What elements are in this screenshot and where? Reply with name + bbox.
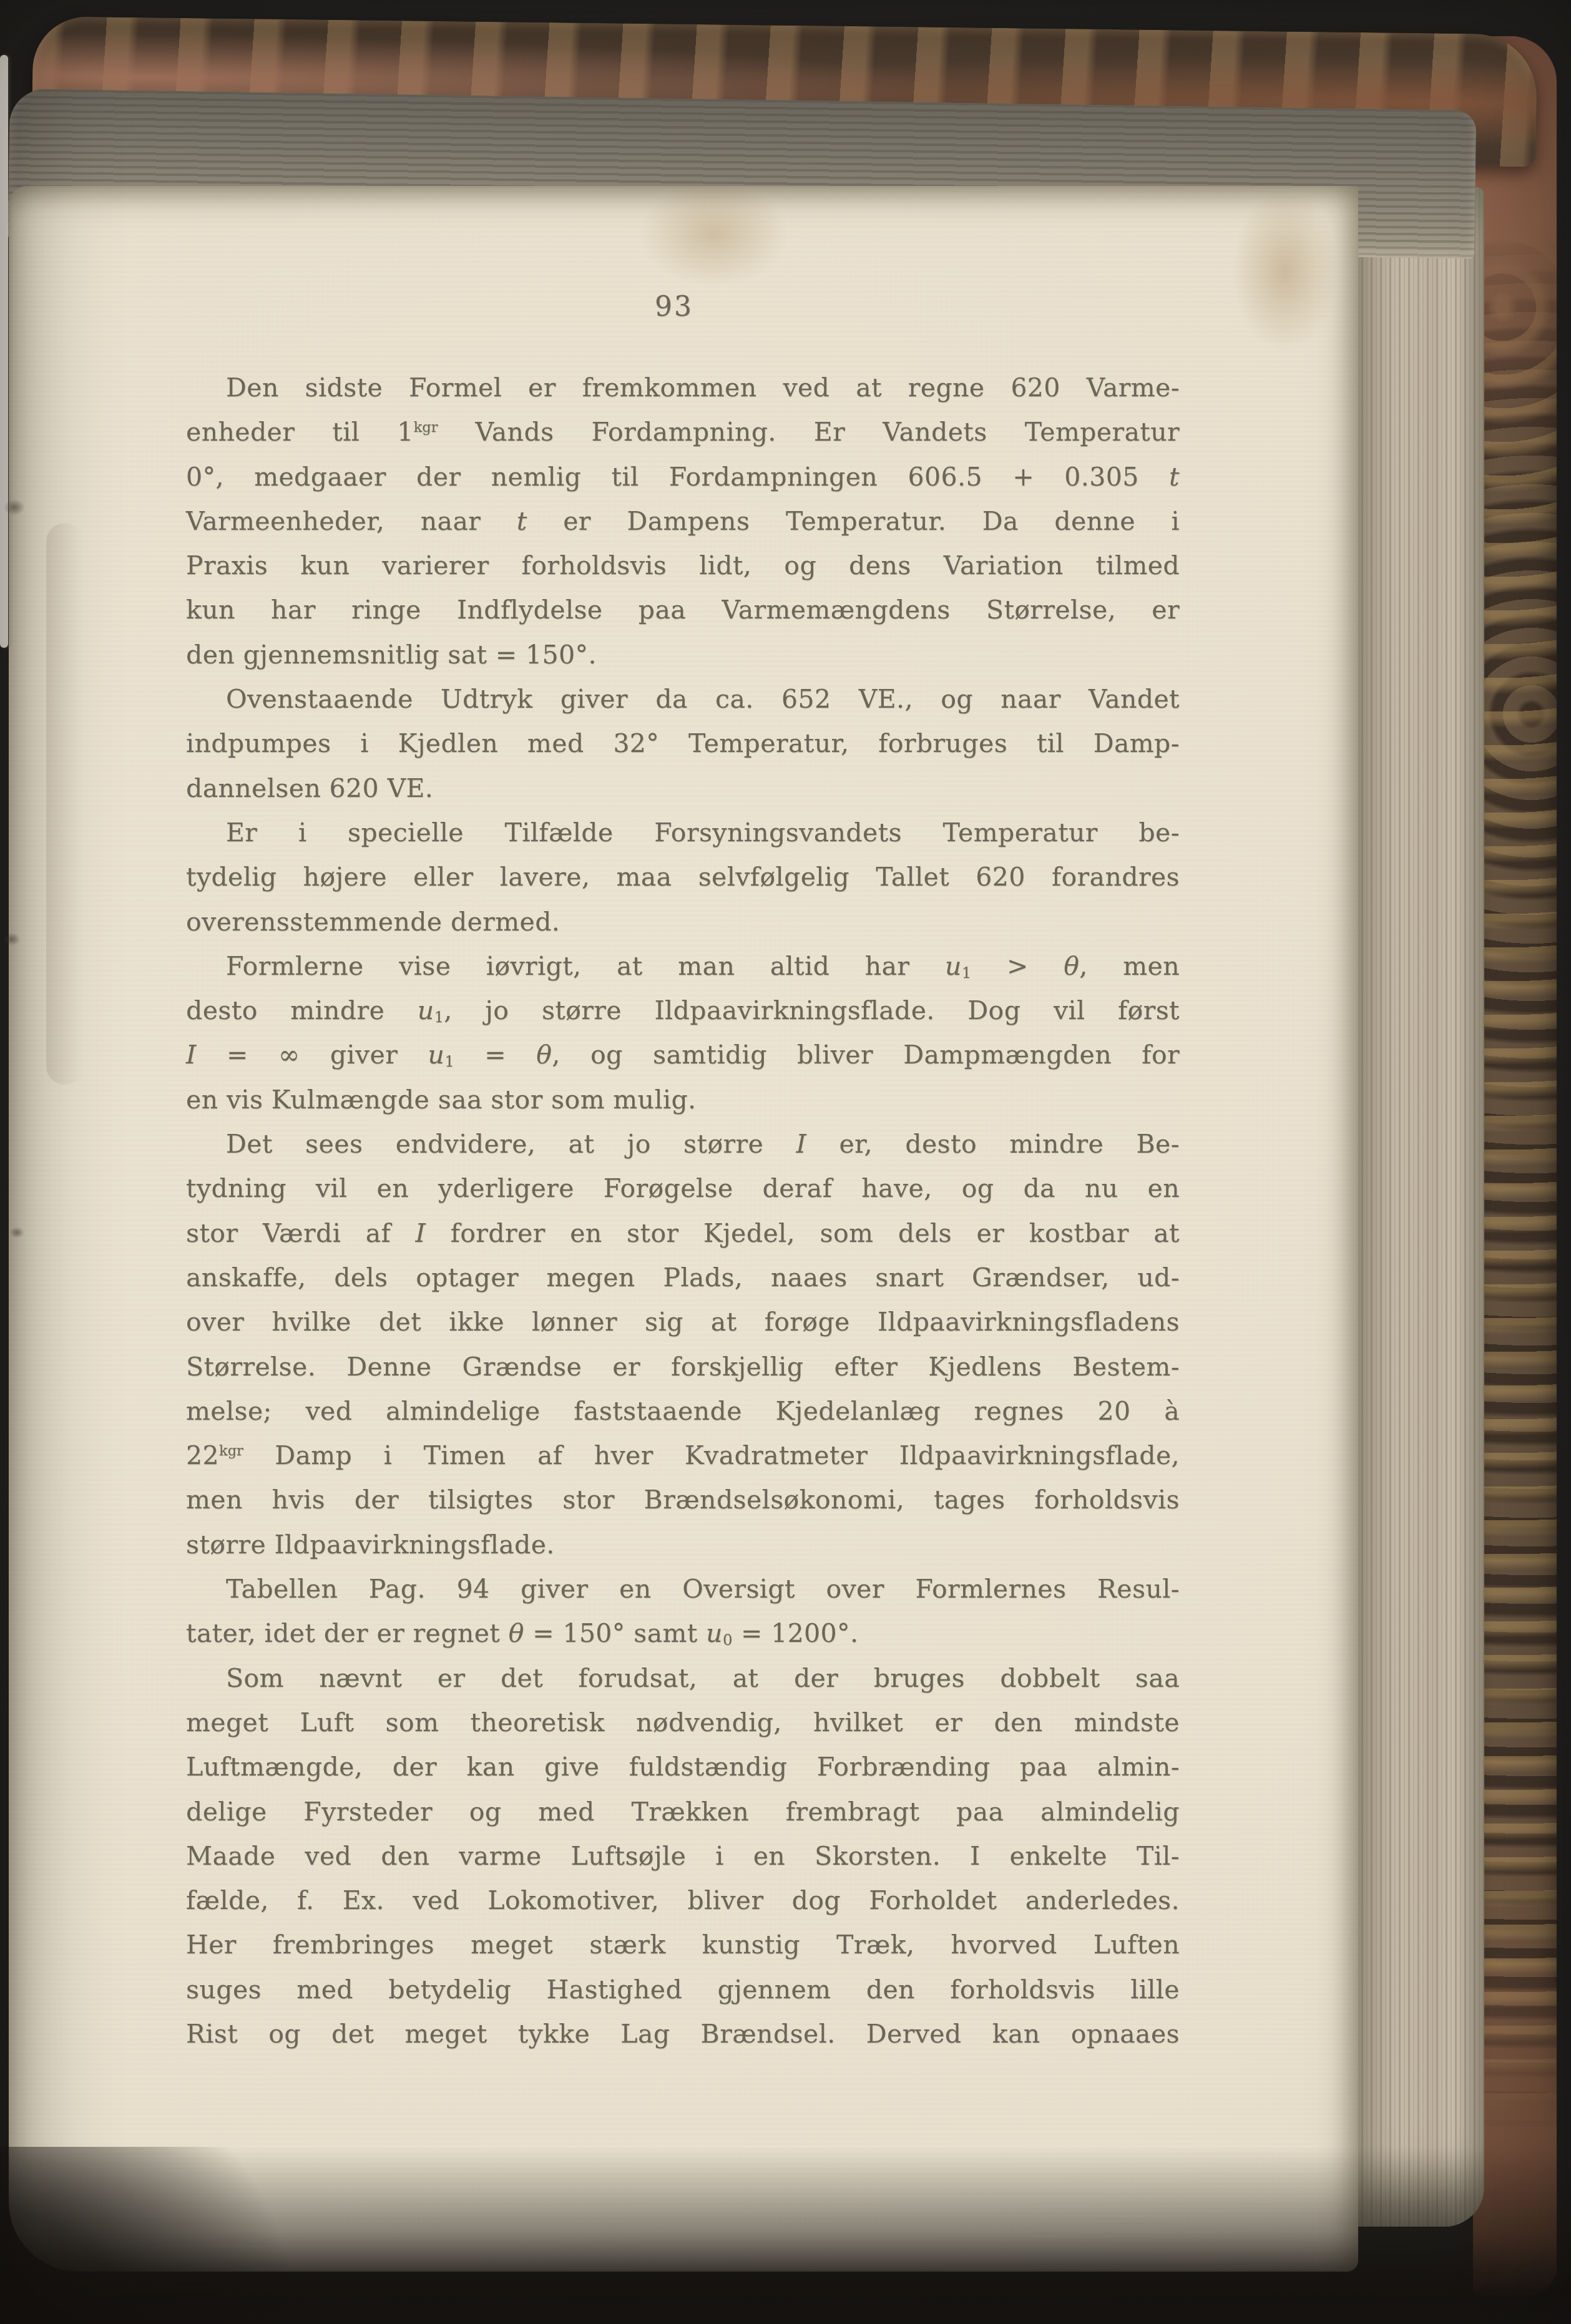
text-line: overensstemmende dermed. <box>186 900 1180 944</box>
text-line: Er i specielle Tilfælde Forsyningsvandet… <box>186 811 1180 855</box>
book-scan-photo: 93 Den sidste Formel er fremkommen ved a… <box>0 0 1571 2324</box>
paragraph: Ovenstaaende Udtryk giver da ca. 652 VE.… <box>186 677 1180 811</box>
text-line: Maade ved den varme Luftsøjle i en Skors… <box>186 1834 1180 1878</box>
paragraph: Det sees endvidere, at jo større I er, d… <box>186 1122 1180 1567</box>
paragraph: Er i specielle Tilfælde Forsyningsvandet… <box>186 811 1180 944</box>
text-line: men hvis der tilsigtes stor Brændselsøko… <box>186 1478 1180 1522</box>
page-fore-edge <box>1352 187 1484 2227</box>
left-page-edge-sliver <box>0 55 8 648</box>
text-line: den gjennemsnitlig sat = 150°. <box>186 633 1180 677</box>
text-line: stor Værdi af I fordrer en stor Kjedel, … <box>186 1211 1180 1256</box>
text-line: meget Luft som theoretisk nødvendig, hvi… <box>186 1701 1180 1745</box>
paper-crease-shadow <box>46 523 84 1085</box>
text-line: desto mindre u1, jo større Ildpaavirknin… <box>186 989 1180 1033</box>
text-line: kun har ringe Indflydelse paa Varmemængd… <box>186 588 1180 632</box>
text-block: Den sidste Formel er fremkommen ved at r… <box>186 366 1180 2056</box>
page-number: 93 <box>177 291 1171 323</box>
text-line: Den sidste Formel er fremkommen ved at r… <box>186 366 1180 410</box>
text-line: Luftmængde, der kan give fuldstændig For… <box>186 1745 1180 1789</box>
text-line: indpumpes i Kjedlen med 32° Temperatur, … <box>186 721 1180 766</box>
paper-stain <box>1232 190 1338 352</box>
paragraph: Formlerne vise iøvrigt, at man altid har… <box>186 944 1180 1122</box>
text-line: Varmeenheder, naar t er Dampens Temperat… <box>186 499 1180 544</box>
text-line: Det sees endvidere, at jo større I er, d… <box>186 1122 1180 1166</box>
text-line: Rist og det meget tykke Lag Brændsel. De… <box>186 2012 1180 2056</box>
paragraph: Den sidste Formel er fremkommen ved at r… <box>186 366 1180 677</box>
text-line: delige Fyrsteder og med Trækken frembrag… <box>186 1790 1180 1834</box>
text-line: Formlerne vise iøvrigt, at man altid har… <box>186 944 1180 989</box>
text-line: Her frembringes meget stærk kunstig Træk… <box>186 1923 1180 1967</box>
paragraph: Som nævnt er det forudsat, at der bruges… <box>186 1656 1180 2057</box>
text-line: 22kgr Damp i Timen af hver Kvadratmeter … <box>186 1433 1180 1478</box>
marbled-cover-edge <box>1473 36 1557 2295</box>
text-line: Størrelse. Denne Grændse er forskjellig … <box>186 1345 1180 1389</box>
text-line: tydning vil en yderligere Forøgelse dera… <box>186 1166 1180 1211</box>
text-line: Tabellen Pag. 94 giver en Oversigt over … <box>186 1567 1180 1611</box>
left-edge-mark <box>3 933 20 946</box>
paper-stain <box>639 181 789 287</box>
text-line: anskaffe, dels optager megen Plads, naae… <box>186 1256 1180 1300</box>
text-line: 0°, medgaaer der nemlig til Fordampninge… <box>186 455 1180 499</box>
book-page: 93 Den sidste Formel er fremkommen ved a… <box>9 186 1358 2272</box>
text-line: fælde, f. Ex. ved Lokomotiver, bliver do… <box>186 1878 1180 1923</box>
paragraph: Tabellen Pag. 94 giver en Oversigt over … <box>186 1567 1180 1656</box>
text-line: dannelsen 620 VE. <box>186 766 1180 811</box>
text-line: suges med betydelig Hastighed gjennem de… <box>186 1968 1180 2012</box>
text-line: melse; ved almindelige faststaaende Kjed… <box>186 1389 1180 1433</box>
left-edge-mark <box>4 499 25 515</box>
left-edge-mark <box>9 1227 24 1238</box>
text-line: over hvilke det ikke lønner sig at forøg… <box>186 1300 1180 1344</box>
text-line: tater, idet der er regnet θ = 150° samt … <box>186 1611 1180 1656</box>
text-line: en vis Kulmængde saa stor som mulig. <box>186 1078 1180 1122</box>
text-line: I = ∞ giver u1 = θ, og samtidig bliver D… <box>186 1033 1180 1077</box>
text-line: større Ildpaavirkningsflade. <box>186 1523 1180 1567</box>
text-line: enheder til 1kgr Vands Fordampning. Er V… <box>186 410 1180 454</box>
text-line: Som nævnt er det forudsat, at der bruges… <box>186 1656 1180 1701</box>
text-line: tydelig højere eller lavere, maa selvføl… <box>186 855 1180 899</box>
text-line: Ovenstaaende Udtryk giver da ca. 652 VE.… <box>186 677 1180 721</box>
text-line: Praxis kun varierer forholdsvis lidt, og… <box>186 544 1180 588</box>
